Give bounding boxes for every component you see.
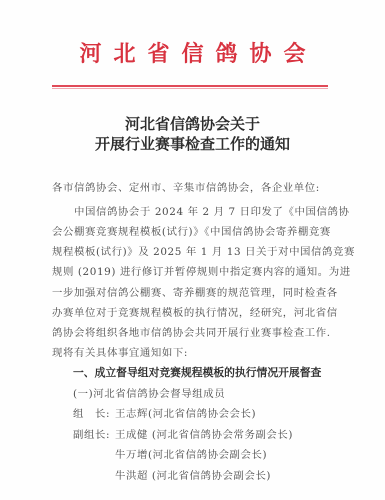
body-line: 规则 (2019) 进行修订并暂停规则中指定赛内容的通知。为进 (52, 265, 332, 279)
salutation: 各市信鸽协会、定州市、辛集市信鸽协会，各企业单位: (52, 181, 332, 195)
body-line: 办赛单位对于竞赛规程模板的执行情况，经研究，河北省信 (52, 306, 332, 320)
document-title-line-2: 开展行业赛事检查工作的通知 (0, 134, 385, 154)
body-line: 规程模板(试行)》及 2025 年 1 月 13 日关于对中国信鸽竞赛 (52, 245, 332, 259)
member-name: 王志辉(河北省信鸽协会会长) (115, 407, 385, 421)
body-line: 会公棚赛竞赛规程模板(试行)》《中国信鸽协会寄养棚竞赛 (52, 225, 332, 239)
letterhead-red-rule (52, 85, 328, 87)
body-line: 中国信鸽协会于 2024 年 2 月 7 日印发了《中国信鸽协 (52, 205, 332, 219)
body-line: 现将有关具体事宜通知如下: (52, 346, 332, 360)
member-name: 牛万增(河北省信鸽协会副会长) (115, 448, 385, 462)
member-role: 组 长: (73, 407, 115, 421)
section-heading: 一、成立督导组对竞赛规程模板的执行情况开展督查 (73, 366, 321, 380)
body-line: 鸽协会将组织各地市信鸽协会共同开展行业赛事检查工作. (52, 326, 332, 340)
member-name: 牛洪超 (河北省信鸽协会副会长) (115, 469, 385, 483)
section-subheading: (一)河北省信鸽协会督导组成员 (73, 387, 353, 401)
body-line: 一步加强对信鸽公棚赛、寄养棚赛的规范管理，同时检查各 (52, 286, 332, 300)
member-name: 王成健 (河北省信鸽协会常务副会长) (115, 428, 385, 442)
member-role: 副组长: (73, 428, 115, 442)
document-page: 河北省信鸽协会 河北省信鸽协会关于 开展行业赛事检查工作的通知 各市信鸽协会、定… (0, 0, 385, 500)
letterhead-red-rule-thin (52, 88, 328, 89)
document-title-line-1: 河北省信鸽协会关于 (0, 114, 385, 134)
letterhead-org-name: 河北省信鸽协会 (0, 41, 385, 67)
